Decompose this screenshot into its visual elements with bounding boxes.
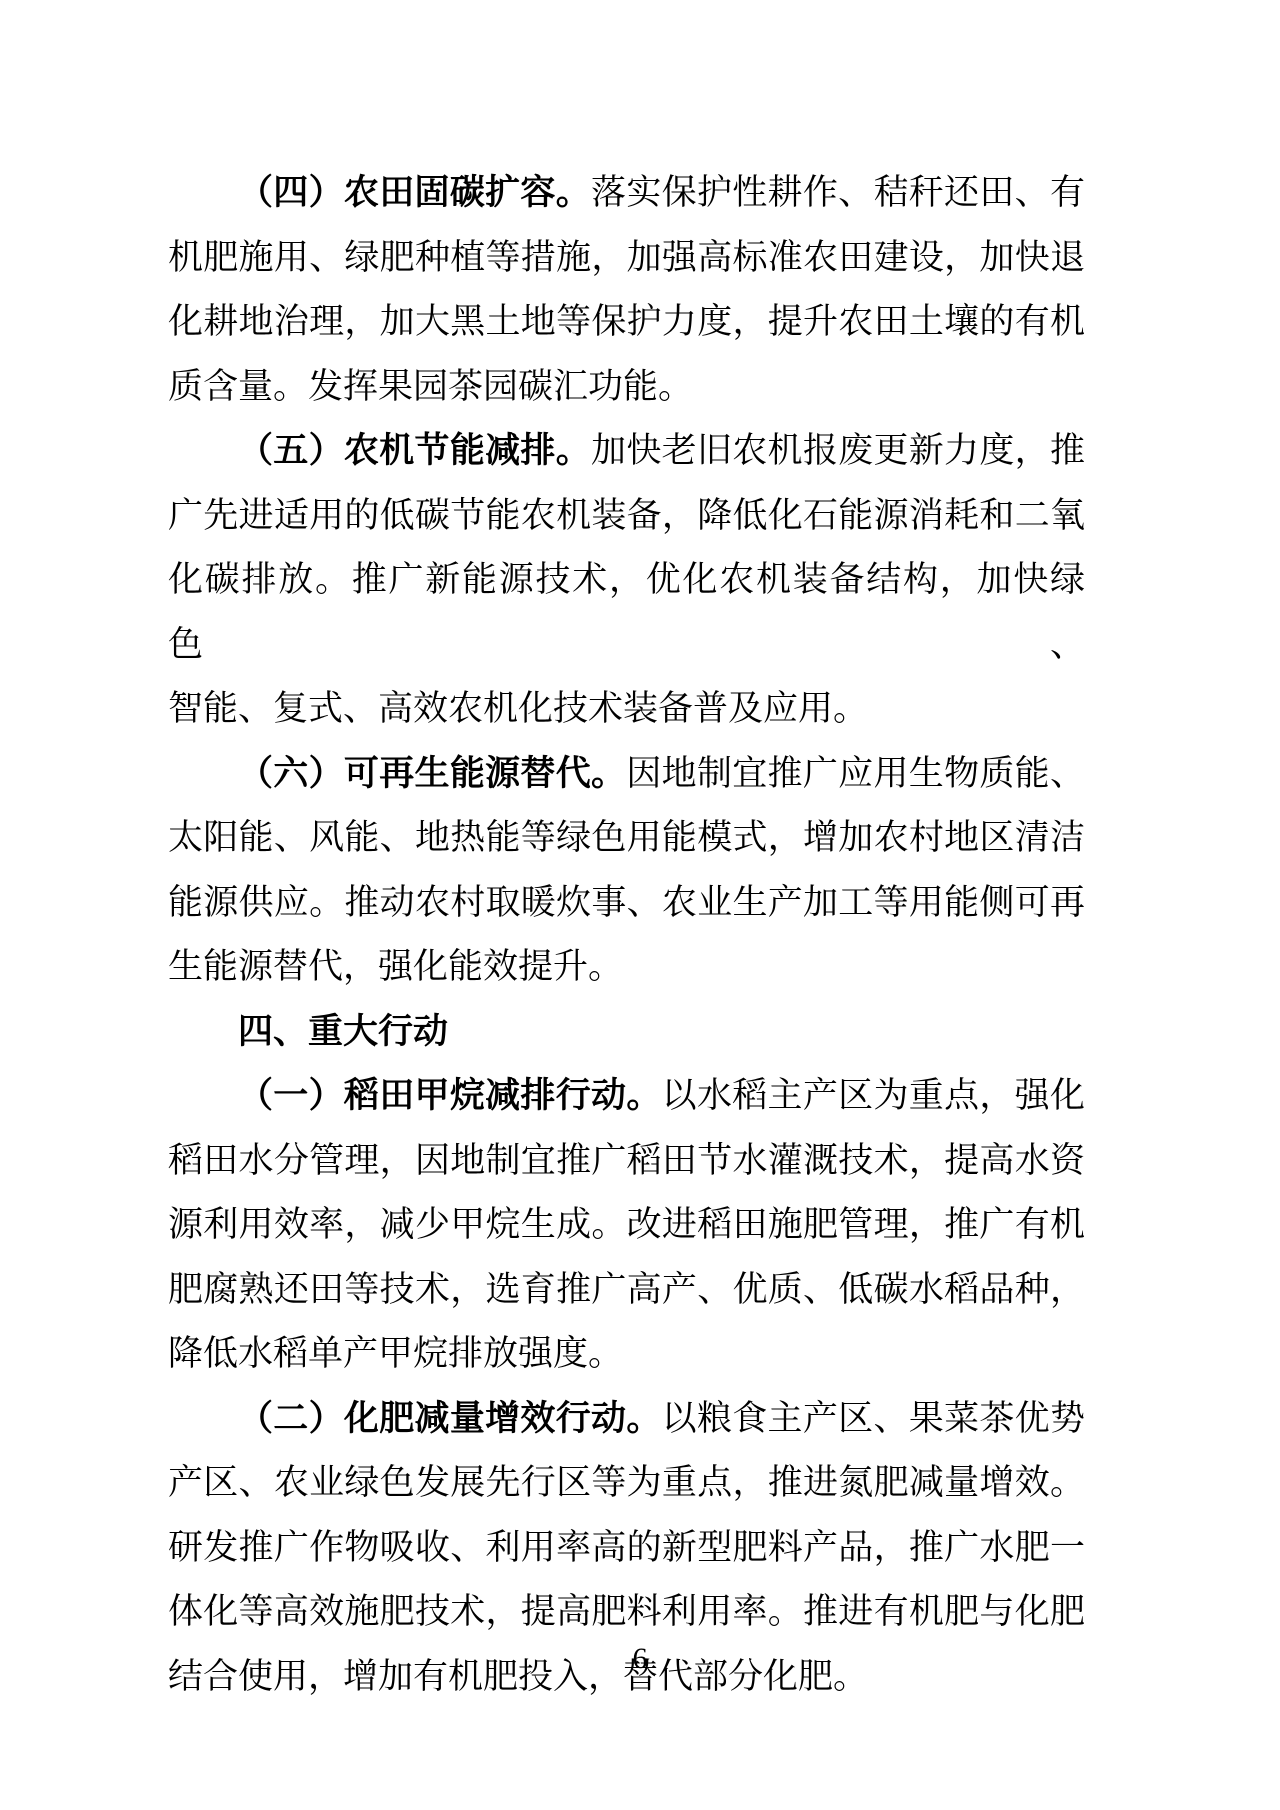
line-text: 智能、复式、高效农机化技术装备普及应用。	[168, 689, 868, 728]
text-block: （四）农田固碳扩容。落实保护性耕作、秸秆还田、有机肥施用、绿肥种植等措施，加强高…	[168, 161, 1085, 1709]
text-line: 太阳能、风能、地热能等绿色用能模式，增加农村地区清洁	[168, 806, 1085, 871]
line-text: 产区、农业绿色发展先行区等为重点，推进氮肥减量增效。	[168, 1463, 1085, 1502]
line-text: 稻田水分管理，因地制宜推广稻田节水灌溉技术，提高水资	[168, 1141, 1085, 1180]
text-line: 广先进适用的低碳节能农机装备，降低化石能源消耗和二氧	[168, 484, 1085, 549]
text-line: 机肥施用、绿肥种植等措施，加强高标准农田建设，加快退	[168, 226, 1085, 291]
text-line: 研发推广作物吸收、利用率高的新型肥料产品，推广水肥一	[168, 1516, 1085, 1581]
text-line: （五）农机节能减排。加快老旧农机报废更新力度，推	[168, 419, 1085, 484]
text-line: （二）化肥减量增效行动。以粮食主产区、果菜茶优势	[168, 1387, 1085, 1452]
line-text: 以粮食主产区、果菜茶优势	[662, 1399, 1085, 1438]
line-text: 研发推广作物吸收、利用率高的新型肥料产品，推广水肥一	[168, 1528, 1085, 1567]
text-line: 质含量。发挥果园茶园碳汇功能。	[168, 355, 1085, 420]
line-text: 肥腐熟还田等技术，选育推广高产、优质、低碳水稻品种，	[168, 1270, 1085, 1309]
line-text: 化耕地治理，加大黑土地等保护力度，提升农田土壤的有机	[168, 302, 1085, 341]
text-line: 能源供应。推动农村取暖炊事、农业生产加工等用能侧可再	[168, 871, 1085, 936]
text-line: 化碳排放。推广新能源技术，优化农机装备结构，加快绿色、	[168, 548, 1085, 677]
text-line: （一）稻田甲烷减排行动。以水稻主产区为重点，强化	[168, 1064, 1085, 1129]
text-line: 源利用效率，减少甲烷生成。改进稻田施肥管理，推广有机	[168, 1193, 1085, 1258]
text-line: 降低水稻单产甲烷排放强度。	[168, 1322, 1085, 1387]
line-text: 质含量。发挥果园茶园碳汇功能。	[168, 367, 693, 406]
line-text: 太阳能、风能、地热能等绿色用能模式，增加农村地区清洁	[168, 818, 1085, 857]
line-text: 落实保护性耕作、秸秆还田、有	[591, 173, 1085, 212]
text-line: 智能、复式、高效农机化技术装备普及应用。	[168, 677, 1085, 742]
paragraph-lead-bold: （六）可再生能源替代。	[238, 754, 626, 793]
line-text: 广先进适用的低碳节能农机装备，降低化石能源消耗和二氧	[168, 496, 1085, 535]
line-text: 降低水稻单产甲烷排放强度。	[168, 1334, 623, 1373]
line-text: 体化等高效施肥技术，提高肥料利用率。推进有机肥与化肥	[168, 1592, 1085, 1631]
text-line: （四）农田固碳扩容。落实保护性耕作、秸秆还田、有	[168, 161, 1085, 226]
text-line: （六）可再生能源替代。因地制宜推广应用生物质能、	[168, 742, 1085, 807]
text-line: 生能源替代，强化能效提升。	[168, 935, 1085, 1000]
line-text: 以水稻主产区为重点，强化	[662, 1076, 1085, 1115]
text-line: 化耕地治理，加大黑土地等保护力度，提升农田土壤的有机	[168, 290, 1085, 355]
line-text: 生能源替代，强化能效提升。	[168, 947, 623, 986]
line-text: 化碳排放。推广新能源技术，优化农机装备结构，加快绿色、	[168, 560, 1085, 664]
paragraph-lead-bold: （一）稻田甲烷减排行动。	[238, 1076, 662, 1115]
line-text: 加快老旧农机报废更新力度，推	[591, 431, 1085, 470]
text-line: 体化等高效施肥技术，提高肥料利用率。推进有机肥与化肥	[168, 1580, 1085, 1645]
document-page: （四）农田固碳扩容。落实保护性耕作、秸秆还田、有机肥施用、绿肥种植等措施，加强高…	[0, 0, 1280, 1810]
line-text: 机肥施用、绿肥种植等措施，加强高标准农田建设，加快退	[168, 238, 1085, 277]
section-heading: 四、重大行动	[168, 1000, 1085, 1065]
line-text: 因地制宜推广应用生物质能、	[626, 754, 1085, 793]
text-line: 肥腐熟还田等技术，选育推广高产、优质、低碳水稻品种，	[168, 1258, 1085, 1323]
text-line: 产区、农业绿色发展先行区等为重点，推进氮肥减量增效。	[168, 1451, 1085, 1516]
page-number: 6	[0, 1640, 1280, 1678]
line-text: 源利用效率，减少甲烷生成。改进稻田施肥管理，推广有机	[168, 1205, 1085, 1244]
paragraph-lead-bold: （二）化肥减量增效行动。	[238, 1399, 662, 1438]
line-text: 四、重大行动	[238, 1012, 448, 1051]
line-text: 能源供应。推动农村取暖炊事、农业生产加工等用能侧可再	[168, 883, 1085, 922]
text-line: 稻田水分管理，因地制宜推广稻田节水灌溉技术，提高水资	[168, 1129, 1085, 1194]
paragraph-lead-bold: （四）农田固碳扩容。	[238, 173, 591, 212]
paragraph-lead-bold: （五）农机节能减排。	[238, 431, 591, 470]
